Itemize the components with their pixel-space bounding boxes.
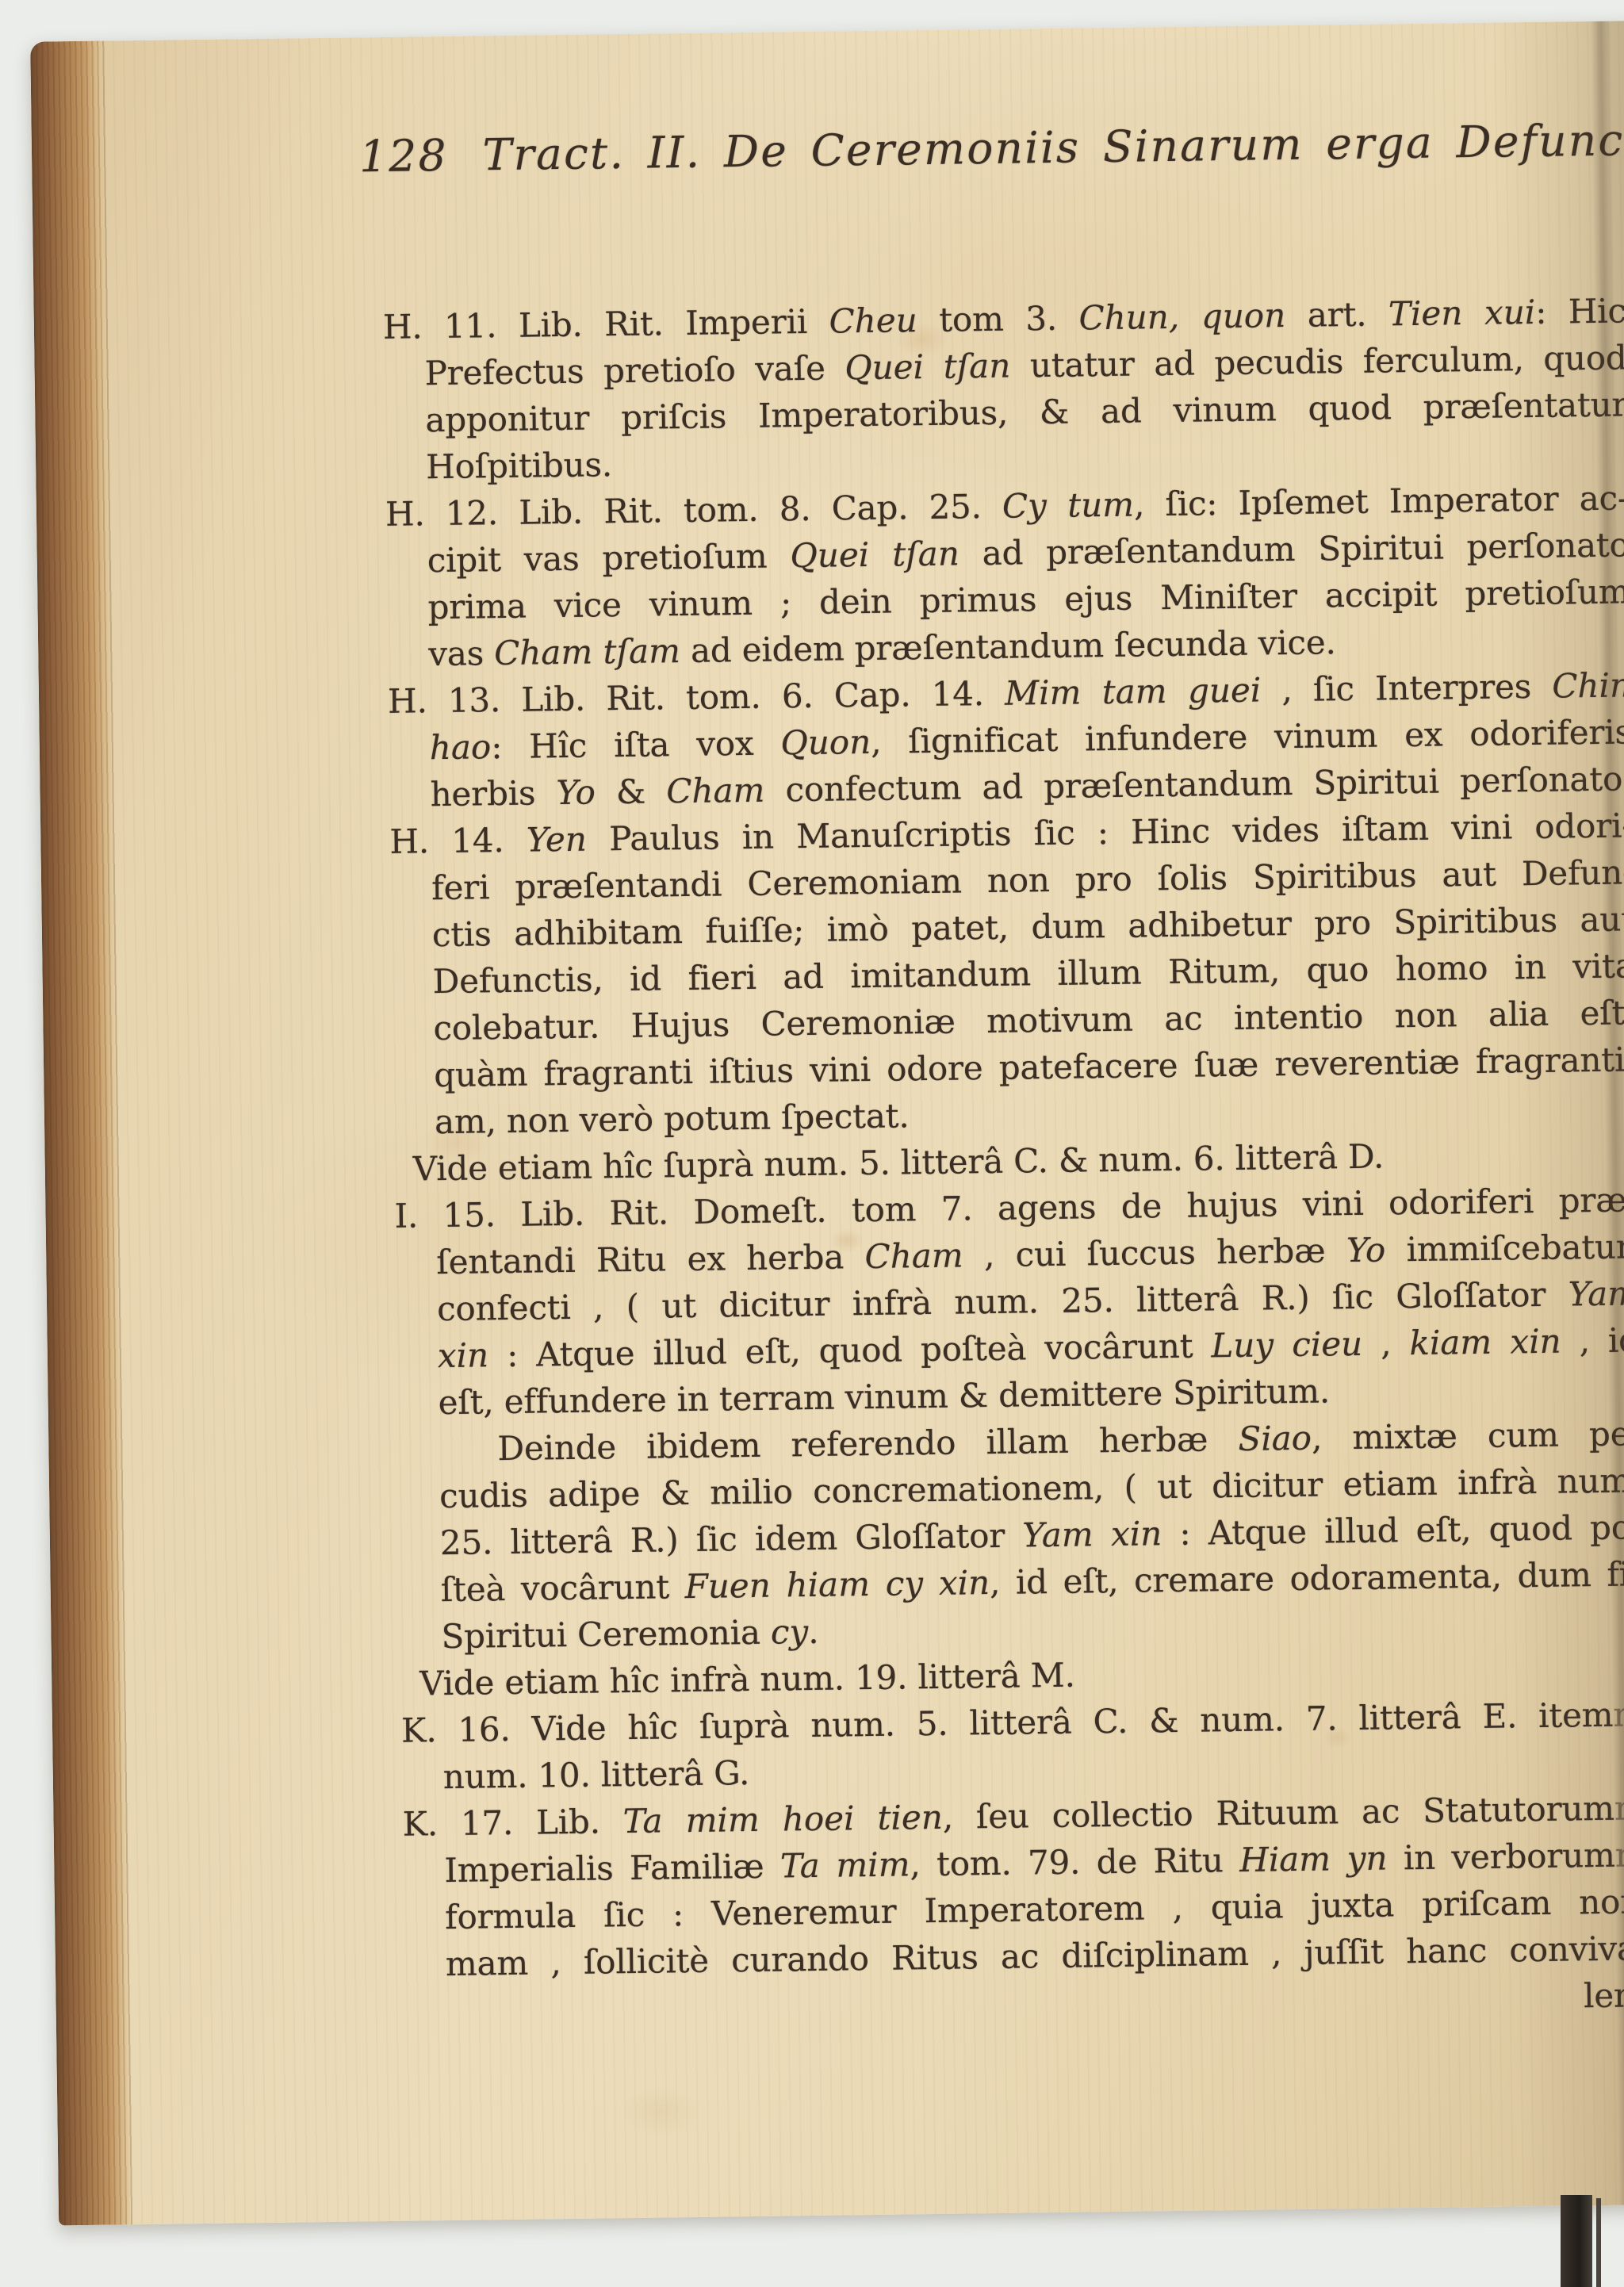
running-title: Tract. II. De Ceremoniis Sinarum erga De… <box>482 113 1624 180</box>
book-fore-edge <box>30 40 133 2225</box>
page-number: 128 <box>359 130 448 182</box>
scanner-background: 128Tract. II. De Ceremoniis Sinarum erga… <box>0 0 1624 2287</box>
text-block: H. 11. Lib. Rit. Imperii Cheu tom 3. Chu… <box>383 287 1624 2034</box>
binding-strip <box>1561 2195 1592 2287</box>
page-header: 128Tract. II. De Ceremoniis Sinarum erga… <box>359 114 1624 182</box>
binding-edge-line <box>1596 2198 1601 2287</box>
book-page: 128Tract. II. De Ceremoniis Sinarum erga… <box>30 21 1624 2225</box>
